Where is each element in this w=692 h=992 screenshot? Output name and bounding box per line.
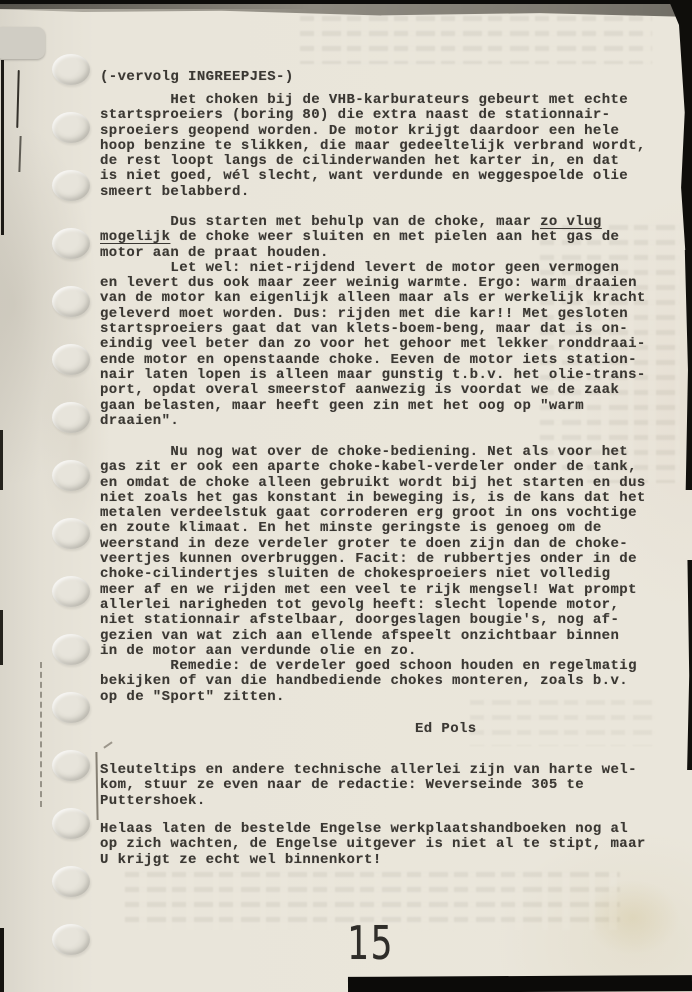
- scan-edge-bottom-left: [0, 928, 4, 992]
- paragraph-choke-usage: Dus starten met behulp van de choke, maa…: [100, 215, 662, 429]
- paper-stain: [585, 880, 680, 955]
- binder-hole: [52, 518, 90, 549]
- binder-hole: [52, 112, 90, 143]
- binder-hole: [52, 402, 90, 433]
- continuation-header: (-vervolg INGREEPJES-): [100, 70, 662, 85]
- binder-hole: [52, 866, 90, 897]
- note-editorial: Sleuteltips en andere technische allerle…: [100, 763, 662, 809]
- paragraph-choke-start: Het choken bij de VHB-karburateurs gebeu…: [100, 93, 662, 200]
- paragraph-choke-usage-post: de choke weer sluiten en met pielen aan …: [100, 229, 646, 429]
- scan-edge-left-1: [1, 60, 4, 235]
- dashed-fold-mark: [40, 662, 42, 807]
- binder-hole: [52, 228, 90, 259]
- binder-hole: [52, 808, 90, 839]
- binder-hole: [52, 634, 90, 665]
- underlined-phrase-1: zo vlug: [540, 214, 602, 230]
- binder-hole: [52, 692, 90, 723]
- binder-hole: [52, 924, 90, 955]
- binder-hole: [52, 750, 90, 781]
- binder-hole: [52, 170, 90, 201]
- binder-hole: [52, 576, 90, 607]
- binder-hole: [52, 54, 90, 85]
- underlined-phrase-2: mogelijk: [100, 229, 170, 245]
- binder-hole: [52, 460, 90, 491]
- scan-edge-left-2: [0, 430, 3, 490]
- author-signature: Ed Pols: [415, 722, 535, 737]
- page-number: 15: [347, 916, 409, 970]
- binder-holes: [52, 54, 90, 955]
- page-behind-tab: [0, 27, 45, 59]
- binder-hole: [52, 286, 90, 317]
- binder-hole: [52, 344, 90, 375]
- scan-edge-bottom-right: [348, 975, 692, 992]
- scan-edge-left-3: [0, 610, 3, 665]
- paragraph-choke-maintenance: Nu nog wat over de choke-bediening. Net …: [100, 445, 662, 705]
- paragraph-choke-usage-pre: Dus starten met behulp van de choke, maa…: [100, 214, 540, 230]
- note-handbooks: Helaas laten de bestelde Engelse werkpla…: [100, 822, 662, 868]
